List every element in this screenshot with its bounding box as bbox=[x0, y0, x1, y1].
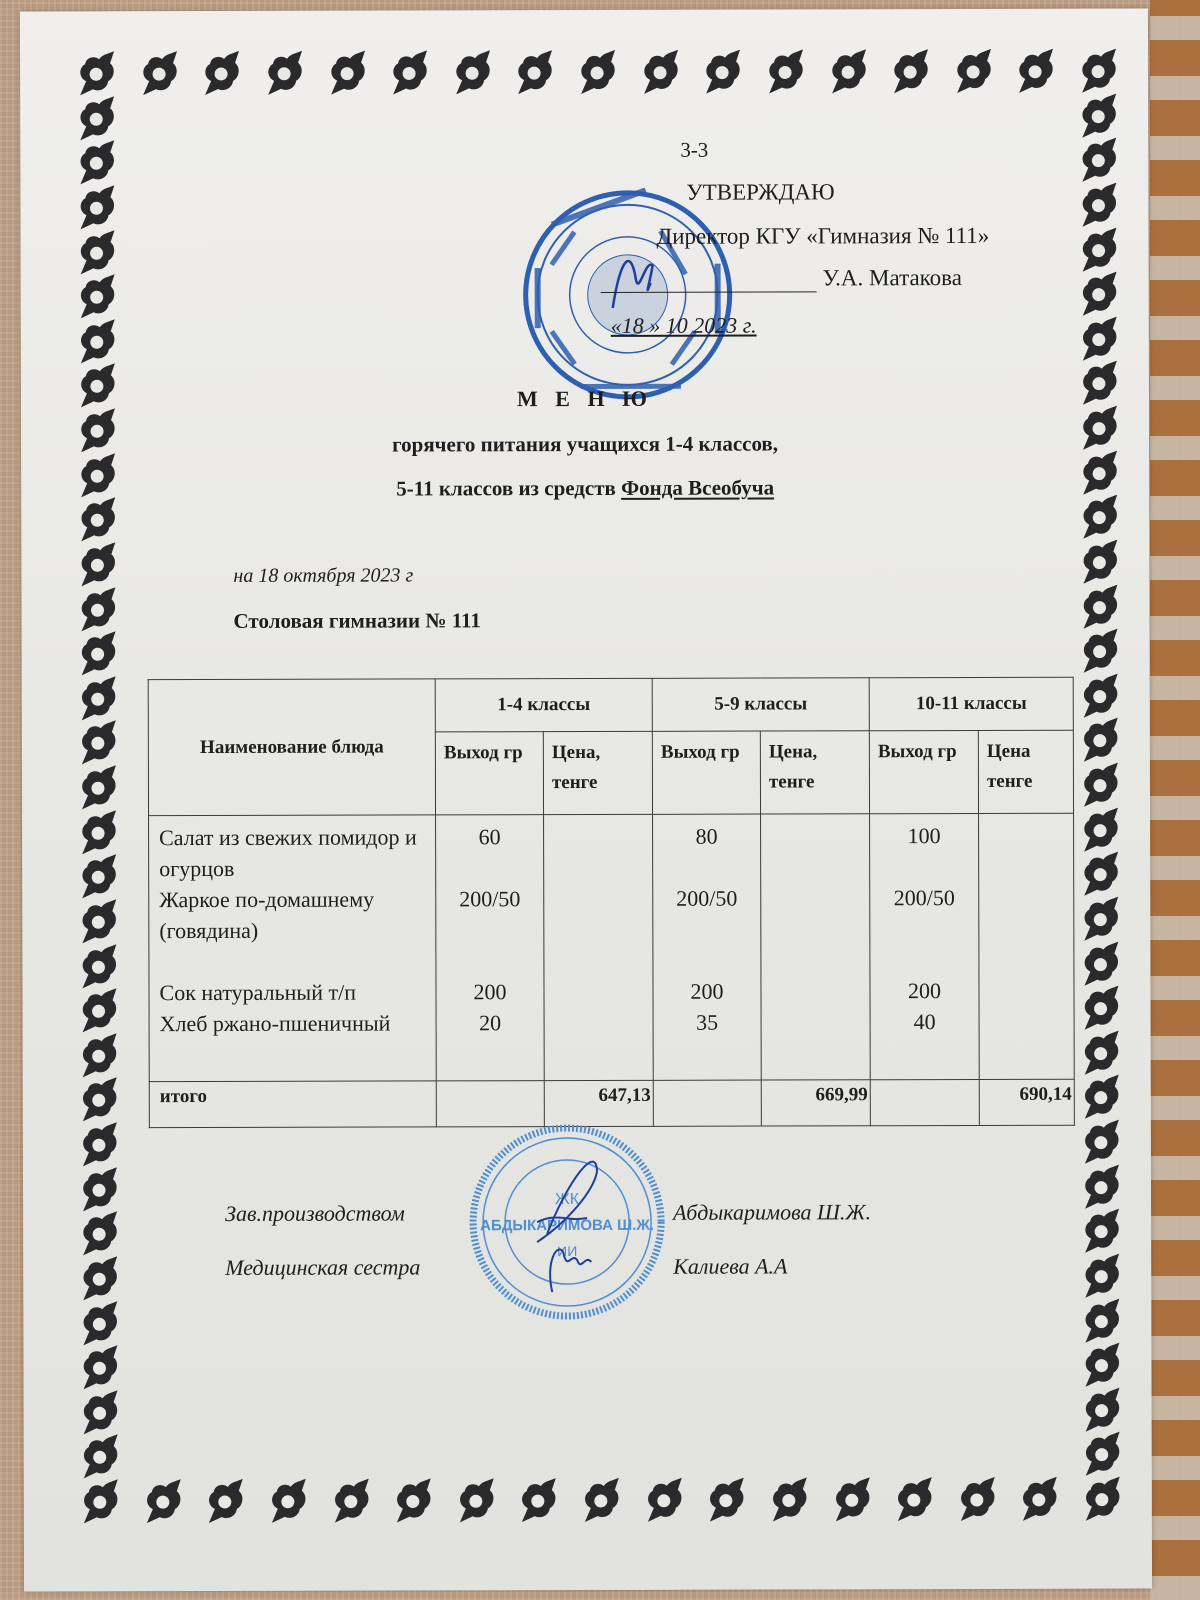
border-ornament-icon bbox=[1081, 1030, 1121, 1076]
border-ornament-icon bbox=[1080, 673, 1120, 719]
border-ornament-icon bbox=[80, 1435, 120, 1481]
border-ornament-icon bbox=[1079, 539, 1119, 585]
yield-value: 40 bbox=[871, 1006, 979, 1037]
border-ornament-icon bbox=[79, 1122, 119, 1168]
border-ornament-icon bbox=[1080, 896, 1120, 942]
yield-value: 200 bbox=[653, 976, 760, 1007]
border-ornament-icon bbox=[77, 587, 117, 633]
border-ornament-icon bbox=[894, 1477, 934, 1523]
total-price-1-4: 647,13 bbox=[544, 1080, 653, 1126]
canteen-name: Столовая гимназии № 111 bbox=[233, 608, 480, 634]
border-ornament-icon bbox=[1019, 1477, 1059, 1523]
price-header: Цена, тенге bbox=[543, 731, 652, 814]
border-ornament-icon bbox=[1080, 763, 1120, 809]
yield-value: 35 bbox=[654, 1007, 761, 1038]
menu-table: Наименование блюда 1-4 классы 5-9 классы… bbox=[148, 677, 1075, 1128]
border-ornament-icon bbox=[1080, 986, 1120, 1032]
border-ornament-icon bbox=[1081, 1343, 1121, 1389]
border-ornament-icon bbox=[78, 721, 118, 767]
dish-name: Сок натуральный т/п bbox=[159, 976, 429, 1008]
border-ornament-icon bbox=[79, 1167, 119, 1213]
border-ornament-icon bbox=[1081, 1075, 1121, 1121]
border-ornament-icon bbox=[1080, 852, 1120, 898]
yield-value: 80 bbox=[653, 821, 760, 883]
border-ornament-icon bbox=[78, 631, 118, 677]
yield-value: 100 bbox=[870, 820, 978, 882]
dish-name-header: Наименование блюда bbox=[148, 679, 435, 816]
border-ornament-icon bbox=[452, 50, 492, 96]
border-ornament-icon bbox=[640, 50, 680, 96]
yield-value: 60 bbox=[436, 821, 543, 883]
yield-value: 200 bbox=[870, 975, 978, 1006]
border-ornament-icon bbox=[1082, 1432, 1122, 1478]
price-cell-10-11 bbox=[979, 813, 1075, 1079]
border-ornament-icon bbox=[77, 230, 117, 276]
yield-value: 200/50 bbox=[870, 882, 978, 975]
menu-title: М Е Н Ю bbox=[21, 385, 1149, 414]
approval-heading: УТВЕРЖДАЮ bbox=[686, 179, 834, 205]
border-ornament-icon bbox=[953, 49, 993, 95]
border-ornament-icon bbox=[80, 1479, 120, 1525]
border-ornament-icon bbox=[80, 1390, 120, 1436]
border-ornament-icon bbox=[330, 1479, 370, 1525]
border-ornament-icon bbox=[890, 49, 930, 95]
svg-text:ЖК: ЖК bbox=[555, 1191, 580, 1208]
border-ornament-icon bbox=[1080, 941, 1120, 987]
dish-names-cell: Салат из свежих помидор и огурцов Жаркое… bbox=[149, 815, 437, 1082]
border-ornament-icon bbox=[79, 1211, 119, 1257]
border-ornament-icon bbox=[702, 50, 742, 96]
border-ornament-icon bbox=[1078, 182, 1118, 228]
border-ornament-icon bbox=[1080, 629, 1120, 675]
border-ornament-icon bbox=[1079, 495, 1119, 541]
border-ornament-icon bbox=[456, 1478, 496, 1524]
total-label: итого bbox=[149, 1081, 436, 1128]
border-ornament-icon bbox=[78, 854, 118, 900]
border-ornament-icon bbox=[769, 1477, 809, 1523]
group-header-5-9: 5-9 классы bbox=[652, 678, 869, 732]
border-ornament-icon bbox=[76, 96, 116, 142]
nurse-role: Медицинская сестра bbox=[225, 1254, 420, 1281]
border-ornament-icon bbox=[77, 319, 117, 365]
border-ornament-icon bbox=[79, 1256, 119, 1302]
total-price-5-9: 669,99 bbox=[761, 1080, 870, 1126]
production-manager-role: Зав.производством bbox=[225, 1200, 405, 1226]
border-ornament-icon bbox=[79, 1078, 119, 1124]
border-ornament-icon bbox=[79, 1345, 119, 1391]
border-ornament-icon bbox=[577, 50, 617, 96]
border-ornament-icon bbox=[1080, 718, 1120, 764]
price-cell-5-9 bbox=[761, 814, 871, 1080]
yield-cell-5-9: 80 200/50 200 35 bbox=[653, 814, 762, 1080]
border-ornament-icon bbox=[1081, 1120, 1121, 1166]
border-ornament-icon bbox=[1082, 1477, 1122, 1523]
yield-value: 200/50 bbox=[436, 883, 543, 976]
border-ornament-icon bbox=[831, 1477, 871, 1523]
border-ornament-icon bbox=[77, 274, 117, 320]
border-ornament-icon bbox=[1081, 1164, 1121, 1210]
dish-name: Хлеб ржано-пшеничный bbox=[160, 1007, 430, 1070]
border-ornament-icon bbox=[79, 1301, 119, 1347]
border-ornament-icon bbox=[1078, 49, 1118, 95]
svg-text:ИИ: ИИ bbox=[557, 1243, 577, 1259]
document-code: 3-3 bbox=[680, 138, 708, 163]
border-ornament-icon bbox=[393, 1478, 433, 1524]
border-ornament-icon bbox=[1081, 1209, 1121, 1255]
border-ornament-icon bbox=[268, 1479, 308, 1525]
border-ornament-icon bbox=[518, 1478, 558, 1524]
total-yield-10-11 bbox=[870, 1079, 979, 1125]
svg-text:АБДЫКАРИМОВА Ш.Ж.: АБДЫКАРИМОВА Ш.Ж. bbox=[480, 1217, 654, 1234]
border-ornament-icon bbox=[828, 49, 868, 95]
border-ornament-icon bbox=[78, 810, 118, 856]
director-name: У.А. Матакова bbox=[823, 265, 962, 291]
group-header-10-11: 10-11 классы bbox=[869, 677, 1073, 731]
border-ornament-icon bbox=[1078, 93, 1118, 139]
border-ornament-icon bbox=[1078, 138, 1118, 184]
official-stamp-icon bbox=[520, 188, 735, 403]
border-ornament-icon bbox=[514, 50, 554, 96]
border-ornament-icon bbox=[77, 542, 117, 588]
price-header: Цена тенге bbox=[978, 730, 1073, 813]
dish-name: Салат из свежих помидор и огурцов bbox=[159, 821, 429, 884]
yield-value: 200/50 bbox=[653, 883, 760, 976]
border-ornament-icon bbox=[1015, 49, 1055, 95]
total-price-10-11: 690,14 bbox=[979, 1079, 1074, 1125]
border-ornament-icon bbox=[78, 765, 118, 811]
director-position: Директор КГУ «Гимназия № 111» bbox=[656, 223, 989, 250]
group-header-1-4: 1-4 классы bbox=[435, 678, 652, 732]
menu-document: 3-3 УТВЕРЖДАЮ Директор КГУ «Гимназия № 1… bbox=[20, 9, 1152, 1592]
table-header-row-groups: Наименование блюда 1-4 классы 5-9 классы… bbox=[148, 677, 1073, 732]
border-ornament-icon bbox=[389, 50, 429, 96]
yield-header: Выход гр bbox=[652, 731, 760, 814]
border-ornament-icon bbox=[1080, 807, 1120, 853]
border-ornament-icon bbox=[1079, 227, 1119, 273]
approval-date: «18 » 10 2023 г. bbox=[611, 312, 843, 339]
border-ornament-icon bbox=[1082, 1387, 1122, 1433]
border-ornament-icon bbox=[78, 944, 118, 990]
menu-date: на 18 октября 2023 г bbox=[233, 564, 413, 587]
border-ornament-icon bbox=[78, 988, 118, 1034]
yield-cell-10-11: 100 200/50 200 40 bbox=[870, 813, 980, 1079]
tablecloth-background bbox=[1150, 0, 1200, 1600]
border-ornament-icon bbox=[142, 1479, 182, 1525]
fund-name: Фонда Всеобуча bbox=[621, 476, 774, 500]
total-row: итого 647,13 669,99 690,14 bbox=[149, 1079, 1074, 1127]
border-ornament-icon bbox=[1079, 316, 1119, 362]
border-ornament-icon bbox=[957, 1477, 997, 1523]
table-row: Салат из свежих помидор и огурцов Жаркое… bbox=[149, 813, 1075, 1081]
border-ornament-icon bbox=[765, 49, 805, 95]
border-ornament-icon bbox=[706, 1478, 746, 1524]
menu-subtitle-line1: горячего питания учащихся 1-4 классов, bbox=[21, 431, 1149, 459]
dish-name: Жаркое по-домашнему (говядина) bbox=[159, 883, 429, 977]
border-ornament-icon bbox=[76, 140, 116, 186]
border-ornament-icon bbox=[643, 1478, 683, 1524]
yield-value: 200 bbox=[436, 976, 543, 1007]
border-ornament-icon bbox=[205, 1479, 245, 1525]
price-cell-1-4 bbox=[544, 814, 654, 1080]
nurse-name: Калиева А.А bbox=[673, 1253, 787, 1279]
total-yield-5-9 bbox=[653, 1080, 761, 1126]
border-ornament-icon bbox=[201, 51, 241, 97]
border-ornament-icon bbox=[1081, 1298, 1121, 1344]
production-manager-name: Абдыкаримова Ш.Ж. bbox=[673, 1199, 871, 1226]
border-ornament-icon bbox=[76, 185, 116, 231]
price-header: Цена, тенге bbox=[760, 731, 869, 814]
border-ornament-icon bbox=[76, 51, 116, 97]
border-ornament-icon bbox=[327, 51, 367, 97]
subtitle-prefix: 5-11 классов из средств bbox=[396, 476, 621, 501]
ornamental-border bbox=[20, 9, 1148, 12]
border-ornament-icon bbox=[581, 1478, 621, 1524]
border-ornament-icon bbox=[77, 497, 117, 543]
border-ornament-icon bbox=[1081, 1253, 1121, 1299]
production-stamp-icon: ЖК АБДЫКАРИМОВА Ш.Ж. ИИ bbox=[467, 1122, 668, 1323]
border-ornament-icon bbox=[79, 1033, 119, 1079]
border-ornament-icon bbox=[1079, 584, 1119, 630]
border-ornament-icon bbox=[78, 676, 118, 722]
yield-value: 20 bbox=[437, 1007, 544, 1038]
total-yield-1-4 bbox=[436, 1081, 544, 1127]
border-ornament-icon bbox=[1079, 272, 1119, 318]
border-ornament-icon bbox=[139, 51, 179, 97]
menu-subtitle-line2: 5-11 классов из средств Фонда Всеобуча bbox=[21, 475, 1149, 503]
yield-header: Выход гр bbox=[435, 732, 543, 815]
director-signature-line bbox=[601, 271, 817, 293]
border-ornament-icon bbox=[264, 51, 304, 97]
border-ornament-icon bbox=[78, 899, 118, 945]
yield-header: Выход гр bbox=[869, 730, 978, 813]
yield-cell-1-4: 60 200/50 200 20 bbox=[436, 815, 545, 1081]
